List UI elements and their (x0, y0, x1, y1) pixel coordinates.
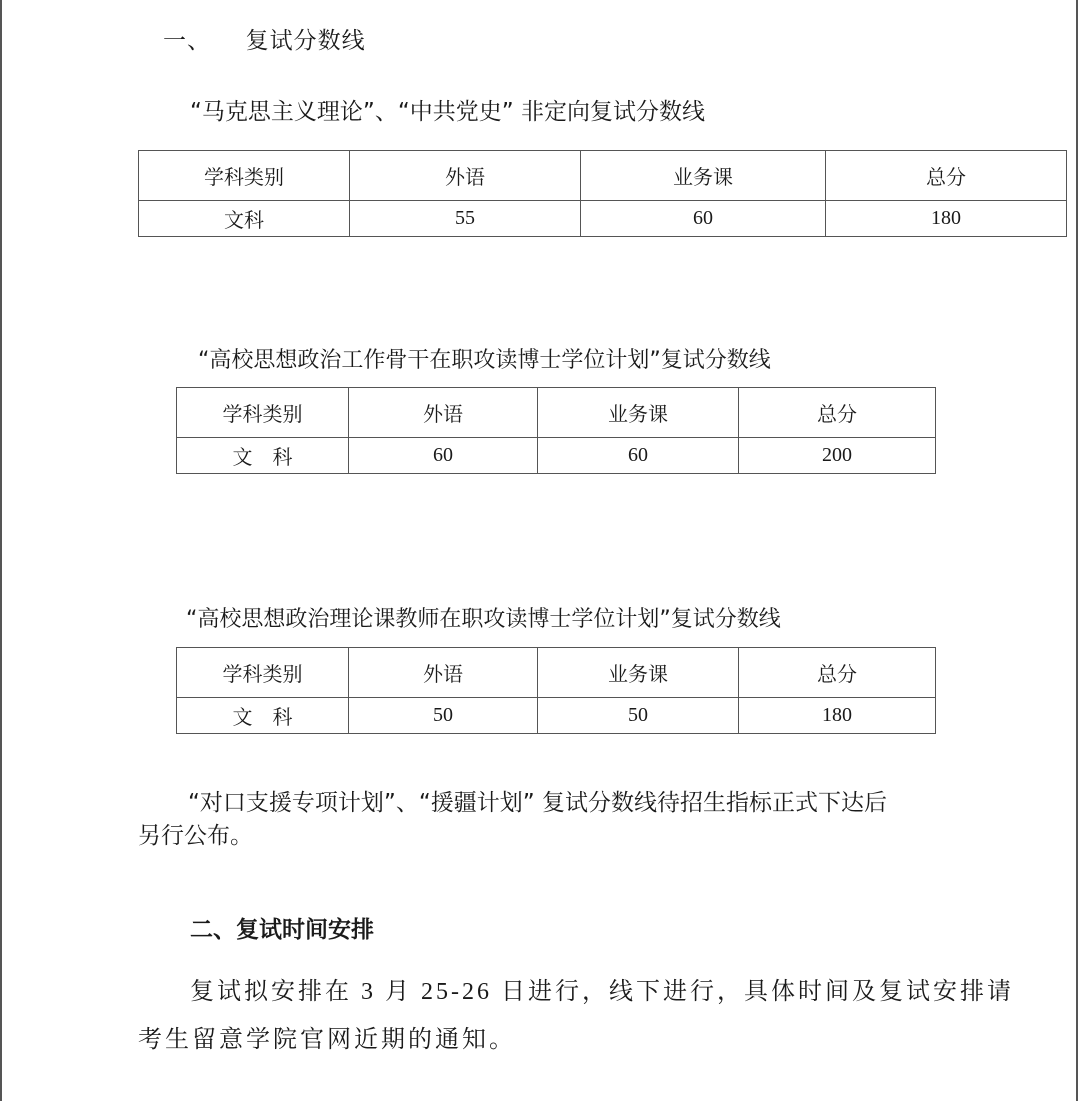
table1-scores: 学科类别 外语 业务课 总分 文科 55 60 180 (138, 150, 1067, 237)
table1-header-foreign-language: 外语 (350, 151, 581, 201)
table1-header-category: 学科类别 (139, 151, 350, 201)
table2-header-category: 学科类别 (177, 388, 349, 438)
table1-cell-category: 文科 (139, 201, 350, 237)
section2-line-2: 考生留意学院官网近期的通知。 (138, 1019, 516, 1054)
table3-header-total: 总分 (739, 648, 936, 698)
table2-row: 文 科 60 60 200 (177, 438, 936, 474)
table3-scores: 学科类别 外语 业务课 总分 文 科 50 50 180 (176, 647, 936, 734)
table2-caption: “高校思想政治工作骨干在职攻读博士学位计划”复试分数线 (198, 343, 771, 374)
table1-header-major-course: 业务课 (581, 151, 826, 201)
section1-heading-number: 一、 (163, 28, 211, 54)
table2-cell-total: 200 (739, 438, 936, 474)
table2-header-major-course: 业务课 (538, 388, 739, 438)
table3-cell-foreign-language: 50 (349, 698, 538, 734)
table2-cell-category: 文 科 (177, 438, 349, 474)
section1-heading-text: 复试分数线 (246, 28, 366, 54)
table1-caption: “马克思主义理论”、“中共党史” 非定向复试分数线 (190, 93, 705, 126)
table3-cell-total: 180 (739, 698, 936, 734)
section2-line-1: 复试拟安排在 3 月 25-26 日进行，线下进行，具体时间及复试安排请 (190, 971, 1014, 1006)
page-right-border (1076, 0, 1078, 1101)
table3-header-row: 学科类别 外语 业务课 总分 (177, 648, 936, 698)
section1-heading: 一、 复试分数线 (163, 22, 366, 55)
table2-scores: 学科类别 外语 业务课 总分 文 科 60 60 200 (176, 387, 936, 474)
table3-cell-major-course: 50 (538, 698, 739, 734)
table3-cell-category: 文 科 (177, 698, 349, 734)
table1-cell-total: 180 (826, 201, 1067, 237)
page-left-border (0, 0, 2, 1101)
table2-header-total: 总分 (739, 388, 936, 438)
section2-heading: 二、复试时间安排 (190, 911, 374, 944)
table1-row: 文科 55 60 180 (139, 201, 1067, 237)
note-line-2: 另行公布。 (138, 817, 253, 850)
table3-header-category: 学科类别 (177, 648, 349, 698)
table2-header-row: 学科类别 外语 业务课 总分 (177, 388, 936, 438)
table2-cell-major-course: 60 (538, 438, 739, 474)
table3-header-major-course: 业务课 (538, 648, 739, 698)
table1-header-total: 总分 (826, 151, 1067, 201)
note-line-1: “对口支援专项计划”、“援疆计划” 复试分数线待招生指标正式下达后 (188, 784, 887, 817)
table1-cell-foreign-language: 55 (350, 201, 581, 237)
table2-header-foreign-language: 外语 (349, 388, 538, 438)
table3-row: 文 科 50 50 180 (177, 698, 936, 734)
table1-header-row: 学科类别 外语 业务课 总分 (139, 151, 1067, 201)
table3-caption: “高校思想政治理论课教师在职攻读博士学位计划”复试分数线 (186, 602, 781, 633)
table1-cell-major-course: 60 (581, 201, 826, 237)
table2-cell-foreign-language: 60 (349, 438, 538, 474)
table3-header-foreign-language: 外语 (349, 648, 538, 698)
